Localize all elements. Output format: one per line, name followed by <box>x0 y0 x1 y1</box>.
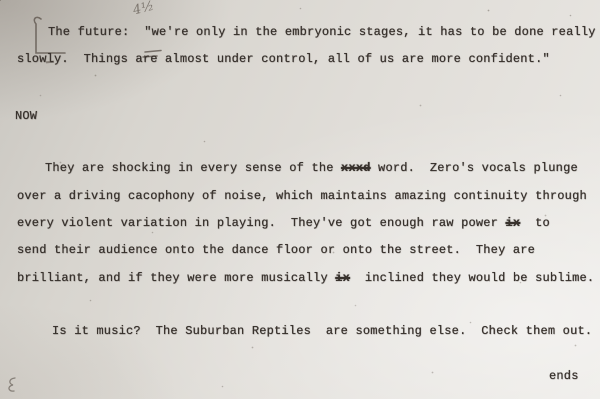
pencil-squiggle-mark <box>3 376 19 396</box>
heading-now: NOW <box>15 109 37 123</box>
para2-line5-text: brilliant, and if they were more musical… <box>17 271 335 285</box>
para2-line1: They are shocking in every sense of the … <box>45 161 578 175</box>
para2-line4: send their audience onto the dance floor… <box>17 243 535 257</box>
para2-line3-text-after: to <box>520 216 550 230</box>
para2-line5: brilliant, and if they were more musical… <box>17 271 594 285</box>
para1-line2: slowly. Things are almost under control,… <box>17 52 550 66</box>
struck-out-word: xxxd <box>341 161 371 175</box>
para2-line3-text: every violent variation in playing. They… <box>17 216 505 230</box>
para2-line2: over a driving cacophony of noise, which… <box>17 189 587 203</box>
para2-line1-text-after: word. Zero's vocals plunge <box>371 161 578 175</box>
ends-label: ends <box>549 369 579 383</box>
pencil-note: 4½ <box>132 0 156 18</box>
para3-line1: Is it music? The Suburban Reptiles are s… <box>52 324 592 338</box>
struck-out-chars: ix <box>505 216 520 230</box>
para2-line3: every violent variation in playing. They… <box>17 216 550 230</box>
para2-line1-text: They are shocking in every sense of the <box>45 161 341 175</box>
para2-line5-text-after: inclined they would be sublime. <box>350 271 594 285</box>
paper-specks <box>0 0 1 1</box>
para1-line1: The future: "we're only in the embryonic… <box>48 25 596 39</box>
struck-out-chars: ix <box>335 271 350 285</box>
typewritten-page: 4½ The future: "we're only in the embryo… <box>0 0 600 399</box>
